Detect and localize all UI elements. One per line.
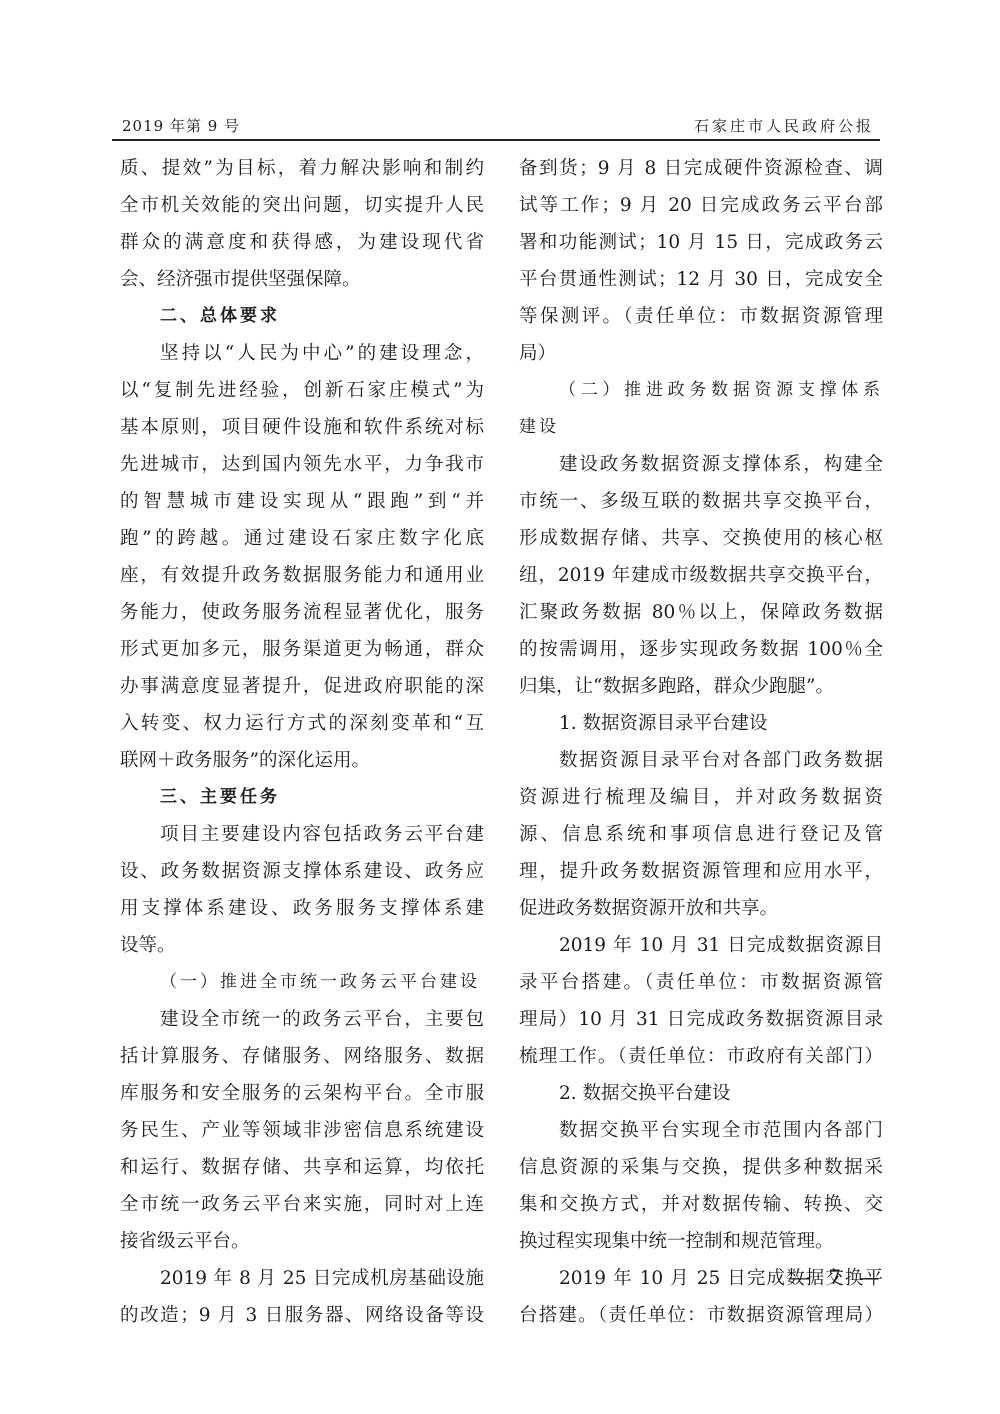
paragraph-line: 汇聚政务数据 80％以上，保障政务数据 <box>519 594 883 631</box>
paragraph-line: 纽，2019 年建成市级数据共享交换平台， <box>519 557 883 594</box>
left-column: 质、提效”为目标，着力解决影响和制约全市机关效能的突出问题，切实提升人民群众的满… <box>120 150 484 1334</box>
paragraph-line: 资源进行梳理及编目，并对政务数据资 <box>519 779 883 816</box>
paragraph-line: 括计算服务、存储服务、网络服务、数据 <box>120 1038 484 1075</box>
paragraph-first-line: 项目主要建设内容包括政务云平台建 <box>120 816 484 853</box>
publication-title: 石家庄市人民政府公报 <box>694 115 874 136</box>
numbered-heading: 1. 数据资源目录平台建设 <box>519 705 883 742</box>
paragraph-line: 形式更加多元，服务渠道更为畅通，群众 <box>120 631 484 668</box>
header-rule <box>112 139 880 141</box>
paragraph-line: 群众的满意度和获得感，为建设现代省 <box>120 224 484 261</box>
running-header: 2019 年第 9 号 石家庄市人民政府公报 <box>118 115 878 139</box>
paragraph-first-line: 建设政务数据资源支撑体系，构建全 <box>519 446 883 483</box>
paragraph-line: 用支撑体系建设、政务服务支撑体系建 <box>120 890 484 927</box>
paragraph-line: 务能力，使政务服务流程显著优化，服务 <box>120 594 484 631</box>
subsection-heading: （二）推进政务数据资源支撑体系 <box>519 372 883 409</box>
paragraph-line: 的智慧城市建设实现从“跟跑”到“并 <box>120 483 484 520</box>
issue-label: 2019 年第 9 号 <box>122 115 240 136</box>
paragraph-line: 源、信息系统和事项信息进行登记及管 <box>519 816 883 853</box>
paragraph-line: 形成数据存储、共享、交换使用的核心枢 <box>519 520 883 557</box>
paragraph-last-line: 联网＋政务服务”的深化运用。 <box>120 742 484 779</box>
subsection-heading-continued: 建设 <box>519 409 883 446</box>
paragraph-line: 座，有效提升政务数据服务能力和通用业 <box>120 557 484 594</box>
paragraph-line: 质、提效”为目标，着力解决影响和制约 <box>120 150 484 187</box>
paragraph-line: 市统一、多级互联的数据共享交换平台， <box>519 483 883 520</box>
paragraph-line: 务民生、产业等领域非涉密信息系统建设 <box>120 1112 484 1149</box>
paragraph-line: 台搭建。（责任单位：市数据资源管理局） <box>519 1297 883 1334</box>
subsection-heading: （一）推进全市统一政务云平台建设 <box>120 964 484 1001</box>
page-number: — 7 — <box>790 1265 885 1289</box>
paragraph-line: 跑”的跨越。通过建设石家庄数字化底 <box>120 520 484 557</box>
paragraph-line: 全市机关效能的突出问题，切实提升人民 <box>120 187 484 224</box>
paragraph-line: 以“复制先进经验，创新石家庄模式”为 <box>120 372 484 409</box>
paragraph-line: 署和功能测试；10 月 15 日，完成政务云 <box>519 224 883 261</box>
paragraph-line: 录平台搭建。（责任单位：市数据资源管 <box>519 964 883 1001</box>
paragraph-last-line: 设等。 <box>120 927 484 964</box>
paragraph-line: 平台贯通性测试；12 月 30 日，完成安全 <box>519 261 883 298</box>
paragraph-line: 的改造；9 月 3 日服务器、网络设备等设 <box>120 1297 484 1334</box>
paragraph-last-line: 换过程实现集中统一控制和规范管理。 <box>519 1223 883 1260</box>
paragraph-line: 基本原则，项目硬件设施和软件系统对标 <box>120 409 484 446</box>
paragraph-line: 库服务和安全服务的云架构平台。全市服 <box>120 1075 484 1112</box>
paragraph-first-line: 数据交换平台实现全市范围内各部门 <box>519 1112 883 1149</box>
paragraph-line: 集和交换方式，并对数据传输、转换、交 <box>519 1186 883 1223</box>
section-heading: 三、主要任务 <box>120 779 484 816</box>
paragraph-last-line: 归集，让“数据多跑路，群众少跑腿”。 <box>519 668 883 705</box>
paragraph-line: 试等工作；9 月 20 日完成政务云平台部 <box>519 187 883 224</box>
paragraph-first-line: 坚持以“人民为中心”的建设理念， <box>120 335 484 372</box>
right-column: 备到货；9 月 8 日完成硬件资源检查、调试等工作；9 月 20 日完成政务云平… <box>519 150 883 1334</box>
paragraph-first-line: 数据资源目录平台对各部门政务数据 <box>519 742 883 779</box>
paragraph-last-line: 会、经济强市提供坚强保障。 <box>120 261 484 298</box>
paragraph-line: 梳理工作。（责任单位：市政府有关部门） <box>519 1038 883 1075</box>
paragraph-line: 和运行、数据存储、共享和运算，均依托 <box>120 1149 484 1186</box>
paragraph-last-line: 促进政务数据资源开放和共享。 <box>519 890 883 927</box>
numbered-heading: 2. 数据交换平台建设 <box>519 1075 883 1112</box>
paragraph-last-line: 接省级云平台。 <box>120 1223 484 1260</box>
paragraph-line: 信息资源的采集与交换，提供多种数据采 <box>519 1149 883 1186</box>
paragraph-line: 等保测评。（责任单位：市数据资源管理 <box>519 298 883 335</box>
section-heading: 二、总体要求 <box>120 298 484 335</box>
paragraph-first-line: 2019 年 10 月 31 日完成数据资源目 <box>519 927 883 964</box>
paragraph-line: 理，提升政务数据资源管理和应用水平， <box>519 853 883 890</box>
paragraph-line: 备到货；9 月 8 日完成硬件资源检查、调 <box>519 150 883 187</box>
paragraph-line: 先进城市，达到国内领先水平，力争我市 <box>120 446 484 483</box>
paragraph-line: 理局）10 月 31 日完成政务数据资源目录 <box>519 1001 883 1038</box>
paragraph-first-line: 建设全市统一的政务云平台，主要包 <box>120 1001 484 1038</box>
paragraph-line: 入转变、权力运行方式的深刻变革和“互 <box>120 705 484 742</box>
paragraph-first-line: 2019 年 8 月 25 日完成机房基础设施 <box>120 1260 484 1297</box>
paragraph-line: 全市统一政务云平台来实施，同时对上连 <box>120 1186 484 1223</box>
paragraph-last-line: 局） <box>519 335 883 372</box>
paragraph-line: 设、政务数据资源支撑体系建设、政务应 <box>120 853 484 890</box>
paragraph-line: 的按需调用，逐步实现政务数据 100％全 <box>519 631 883 668</box>
paragraph-line: 办事满意度显著提升，促进政府职能的深 <box>120 668 484 705</box>
